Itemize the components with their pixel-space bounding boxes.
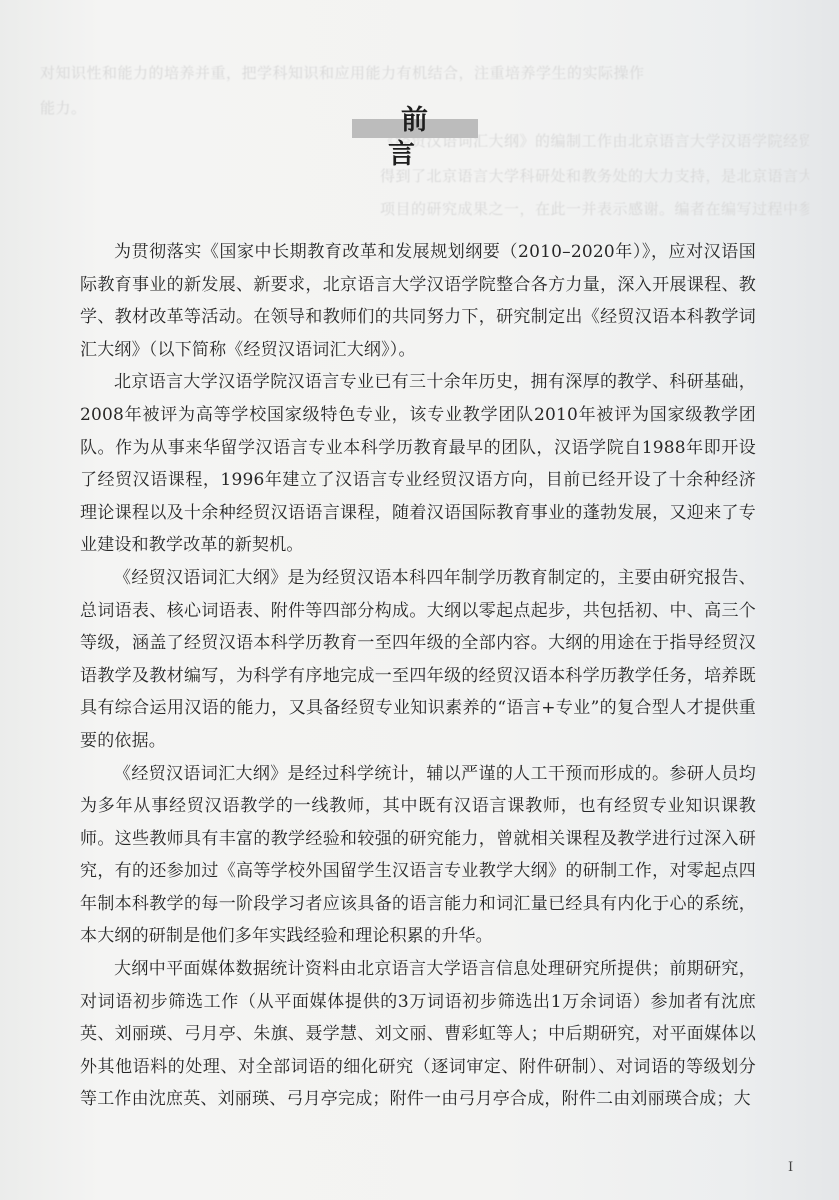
paragraph: 《经贸汉语词汇大纲》是为经贸汉语本科四年制学历教育制定的，主要由研究报告、总词语…	[80, 562, 756, 758]
page-title-area: 前 言	[0, 104, 839, 144]
paragraph: 大纲中平面媒体数据统计资料由北京语言大学语言信息处理研究所提供；前期研究，对词语…	[80, 953, 756, 1116]
paragraph: 北京语言大学汉语学院汉语言专业已有三十余年历史，拥有深厚的教学、科研基础，200…	[80, 366, 756, 562]
paragraph: 为贯彻落实《国家中长期教育改革和发展规划纲要（2010–2020年）》，应对汉语…	[80, 236, 756, 366]
page-title-banner: 前 言	[352, 104, 478, 138]
page-title: 前 言	[352, 104, 478, 172]
preface-body: 为贯彻落实《国家中长期教育改革和发展规划纲要（2010–2020年）》，应对汉语…	[80, 236, 756, 1116]
bleed-through-text: 项目的研究成果之一，在此一并表示感谢。编者在编写过程中参考了大量文献资料。	[380, 198, 809, 219]
paragraph: 《经贸汉语词汇大纲》是经过科学统计，辅以严谨的人工干预而形成的。参研人员均为多年…	[80, 758, 756, 954]
bleed-through-text: 对知识性和能力的培养并重，把学科知识和应用能力有机结合，注重培养学生的实际操作	[40, 62, 809, 83]
page-number: I	[788, 1160, 793, 1175]
